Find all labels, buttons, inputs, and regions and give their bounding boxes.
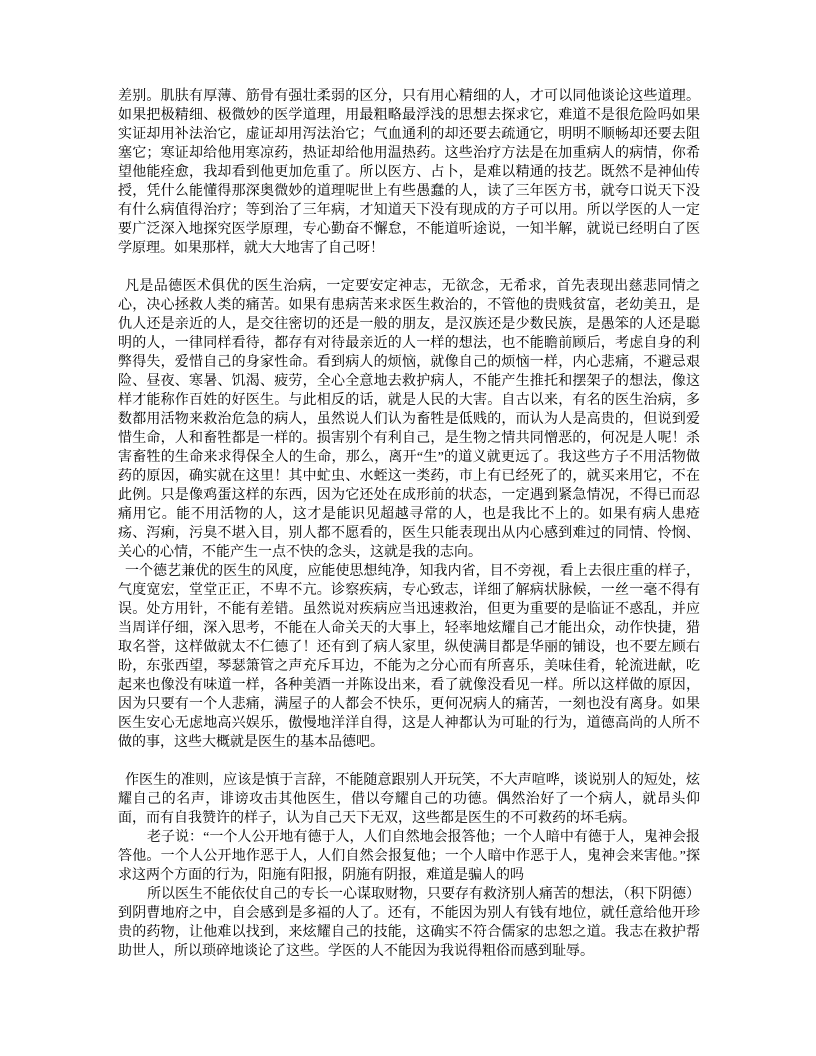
paragraph-5: 老子说：“一个人公开地有德于人，人们自然地会报答他；一个人暗中有德于人，鬼神会报… bbox=[118, 828, 700, 885]
paragraph-4: 作医生的准则，应该是慎于言辞，不能随意跟别人开玩笑，不大声喧哗，谈说别人的短处，… bbox=[118, 771, 700, 828]
paragraph-2: 凡是品德医术俱优的医生治病，一定要安定神志，无欲念，无希求，首先表现出慈悲同情之… bbox=[118, 277, 700, 562]
paragraph-1: 差别。肌肤有厚薄、筋骨有强壮柔弱的区分，只有用心精细的人，才可以同他谈论这些道理… bbox=[118, 87, 700, 258]
paragraph-6: 所以医生不能依仗自己的专长一心谋取财物，只要存有救济别人痛苦的想法，（积下阴德）… bbox=[118, 885, 700, 961]
document-page: 差别。肌肤有厚薄、筋骨有强壮柔弱的区分，只有用心精细的人，才可以同他谈论这些道理… bbox=[0, 0, 816, 1056]
paragraph-3: 一个德艺兼优的医生的风度，应能使思想纯净，知我内省，目不旁视，看上去很庄重的样子… bbox=[118, 562, 700, 752]
document-text-block: 差别。肌肤有厚薄、筋骨有强壮柔弱的区分，只有用心精细的人，才可以同他谈论这些道理… bbox=[118, 87, 700, 961]
